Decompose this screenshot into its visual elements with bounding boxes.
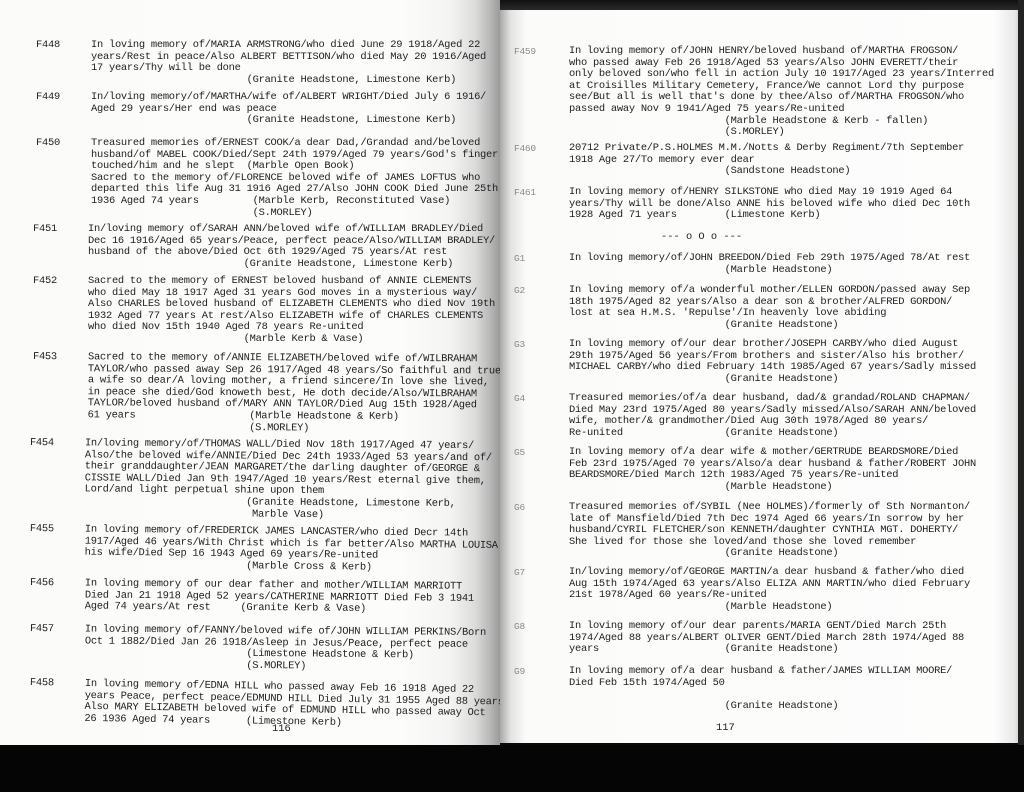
page-number: 116	[272, 723, 291, 735]
inscription-text: In loving memory of/EDNA HILL who passed…	[84, 679, 500, 732]
grave-reference: F456	[30, 578, 54, 590]
inscription-line: Treasured memories of/ERNEST COOK/a dear…	[91, 138, 498, 150]
top-shadow	[500, 0, 1024, 10]
grave-reference: F454	[30, 438, 54, 450]
page-number: 117	[716, 722, 735, 734]
inscription-line: Died Feb 15th 1974/Aged 50	[569, 678, 952, 690]
inscription-line: (Granite Headstone)	[569, 548, 970, 560]
inscription-text: Treasured memories/of/a dear husband, da…	[569, 393, 976, 439]
inscription-text: Treasured memories of/ERNEST COOK/a dear…	[91, 138, 498, 219]
inscription-line: In loving memory of/a dear wife & mother…	[569, 447, 976, 459]
inscription-text: Treasured memories of/SYBIL (Nee HOLMES)…	[569, 502, 970, 560]
inscription-line: (Marble Headstone)	[569, 602, 970, 614]
grave-reference: G5	[514, 447, 525, 459]
inscription-line: 1928 Aged 71 years (Limestone Kerb)	[569, 210, 970, 222]
inscription-text: In/loving memory of/SARAH ANN/beloved wi…	[88, 224, 495, 270]
grave-reference: F461	[514, 187, 536, 199]
inscription-line: In loving memory of/HENRY SILKSTONE who …	[569, 187, 970, 199]
grave-reference: F457	[30, 624, 54, 636]
right-page: F459In loving memory of/JOHN HENRY/belov…	[500, 8, 1020, 743]
inscription-line: In loving memory of/our dear brother/JOS…	[569, 339, 976, 351]
inscription-line: (Granite Headstone)	[569, 320, 970, 332]
grave-reference: G8	[514, 621, 525, 633]
grave-reference: F453	[33, 352, 57, 364]
inscription-line: (Granite Headstone, Limestone Kerb)	[88, 259, 495, 271]
section-separator: --- o O o ---	[661, 231, 742, 243]
inscription-line: 20712 Private/P.S.HOLMES M.M./Notts & De…	[569, 143, 964, 155]
inscription-line: Treasured memories/of/a dear husband, da…	[569, 393, 976, 405]
right-edge	[1018, 0, 1024, 792]
inscription-line: (Granite Headstone)	[569, 374, 976, 386]
inscription-line: Sacred to the memory of ERNEST beloved h…	[88, 276, 495, 288]
inscription-text: In loving memory of/JOHN HENRY/beloved h…	[569, 46, 994, 139]
inscription-line: (Marble Headstone)	[569, 482, 976, 494]
inscription-line: passed away Nov 9 1941/Aged 75 years/Re-…	[569, 104, 994, 116]
inscription-line: In/loving memory/of/GEORGE MARTIN/a dear…	[569, 567, 970, 579]
inscription-text: In loving memory of/HENRY SILKSTONE who …	[569, 187, 970, 222]
inscription-line: Treasured memories of/SYBIL (Nee HOLMES)…	[569, 502, 970, 514]
inscription-text: In/loving memory/of/MARTHA/wife of/ALBER…	[91, 92, 486, 127]
inscription-text: In loving memory of/our dear brother/JOS…	[569, 339, 976, 385]
inscription-line: Re-united (Granite Headstone)	[569, 428, 976, 440]
inscription-text: In loving memory/of/JOHN BREEDON/Died Fe…	[569, 253, 970, 276]
grave-reference: G4	[514, 393, 525, 405]
bottom-shadow	[0, 745, 1024, 792]
grave-reference: F450	[36, 138, 60, 150]
inscription-line: years (Granite Headstone)	[569, 644, 964, 656]
grave-reference: F452	[33, 276, 57, 288]
inscription-text: In loving memory of/a wonderful mother/E…	[569, 285, 970, 331]
inscription-line: In loving memory of/MARIA ARMSTRONG/who …	[91, 40, 486, 52]
inscription-text: In/loving memory/of/GEORGE MARTIN/a dear…	[569, 567, 970, 613]
grave-reference: F455	[30, 524, 54, 536]
inscription-line: In loving memory of/our dear parents/MAR…	[569, 621, 964, 633]
inscription-line: (Granite Headstone)	[569, 701, 952, 713]
inscription-text: In loving memory of/MARIA ARMSTRONG/who …	[91, 40, 486, 86]
inscription-line: (S.MORLEY)	[91, 208, 498, 220]
grave-reference: F448	[36, 40, 60, 52]
inscription-text: In loving memory of our dear father and …	[85, 578, 474, 616]
grave-reference: F449	[36, 92, 60, 104]
grave-reference: F451	[33, 224, 57, 236]
grave-reference: G3	[514, 339, 525, 351]
grave-reference: G6	[514, 502, 525, 514]
grave-reference: F460	[514, 143, 536, 155]
inscription-line: 1936 Aged 74 years (Marble Kerb, Reconst…	[91, 196, 498, 208]
inscription-text: In loving memory of/FREDERICK JAMES LANC…	[85, 525, 498, 576]
grave-reference: G9	[514, 666, 525, 678]
inscription-line: In/loving memory of/SARAH ANN/beloved wi…	[88, 224, 495, 236]
inscription-text: 20712 Private/P.S.HOLMES M.M./Notts & De…	[569, 143, 964, 178]
inscription-line: (Marble Kerb & Vase)	[88, 334, 495, 346]
inscription-text: In loving memory of/our dear parents/MAR…	[569, 621, 964, 656]
grave-reference: G1	[514, 253, 525, 265]
inscription-line: (Granite Headstone, Limestone Kerb)	[91, 75, 486, 87]
inscription-text: In loving memory of/FANNY/beloved wife o…	[85, 624, 486, 674]
grave-reference: F458	[30, 678, 54, 690]
grave-reference: G7	[514, 567, 525, 579]
inscription-text: In loving memory of/a dear husband & fat…	[569, 666, 952, 712]
inscription-line: In loving memory/of/JOHN BREEDON/Died Fe…	[569, 253, 970, 265]
inscription-text: Sacred to the memory of ERNEST beloved h…	[88, 276, 495, 346]
grave-reference: G2	[514, 285, 525, 297]
inscription-line: In loving memory of/a dear husband & fat…	[569, 666, 952, 678]
inscription-text: In loving memory of/a dear wife & mother…	[569, 447, 976, 493]
inscription-line: In/loving memory/of/MARTHA/wife of/ALBER…	[91, 92, 486, 104]
grave-reference: F459	[514, 46, 536, 58]
inscription-text: Sacred to the memory of/ANNIE ELIZABETH/…	[88, 352, 500, 435]
left-page: F448In loving memory of/MARIA ARMSTRONG/…	[0, 0, 500, 745]
inscription-text: In/loving memory/of/THOMAS WALL/Died Nov…	[84, 438, 492, 522]
inscription-line: (S.MORLEY)	[569, 127, 994, 139]
inscription-line: (S.MORLEY)	[85, 659, 486, 674]
inscription-line: In loving memory of/a wonderful mother/E…	[569, 285, 970, 297]
inscription-line: (Marble Headstone)	[569, 265, 970, 277]
inscription-line: (S.MORLEY)	[88, 422, 500, 436]
inscription-line: (Granite Headstone, Limestone Kerb)	[91, 115, 486, 127]
inscription-line: (Sandstone Headstone)	[569, 166, 964, 178]
inscription-line: In loving memory of/JOHN HENRY/beloved h…	[569, 46, 994, 58]
